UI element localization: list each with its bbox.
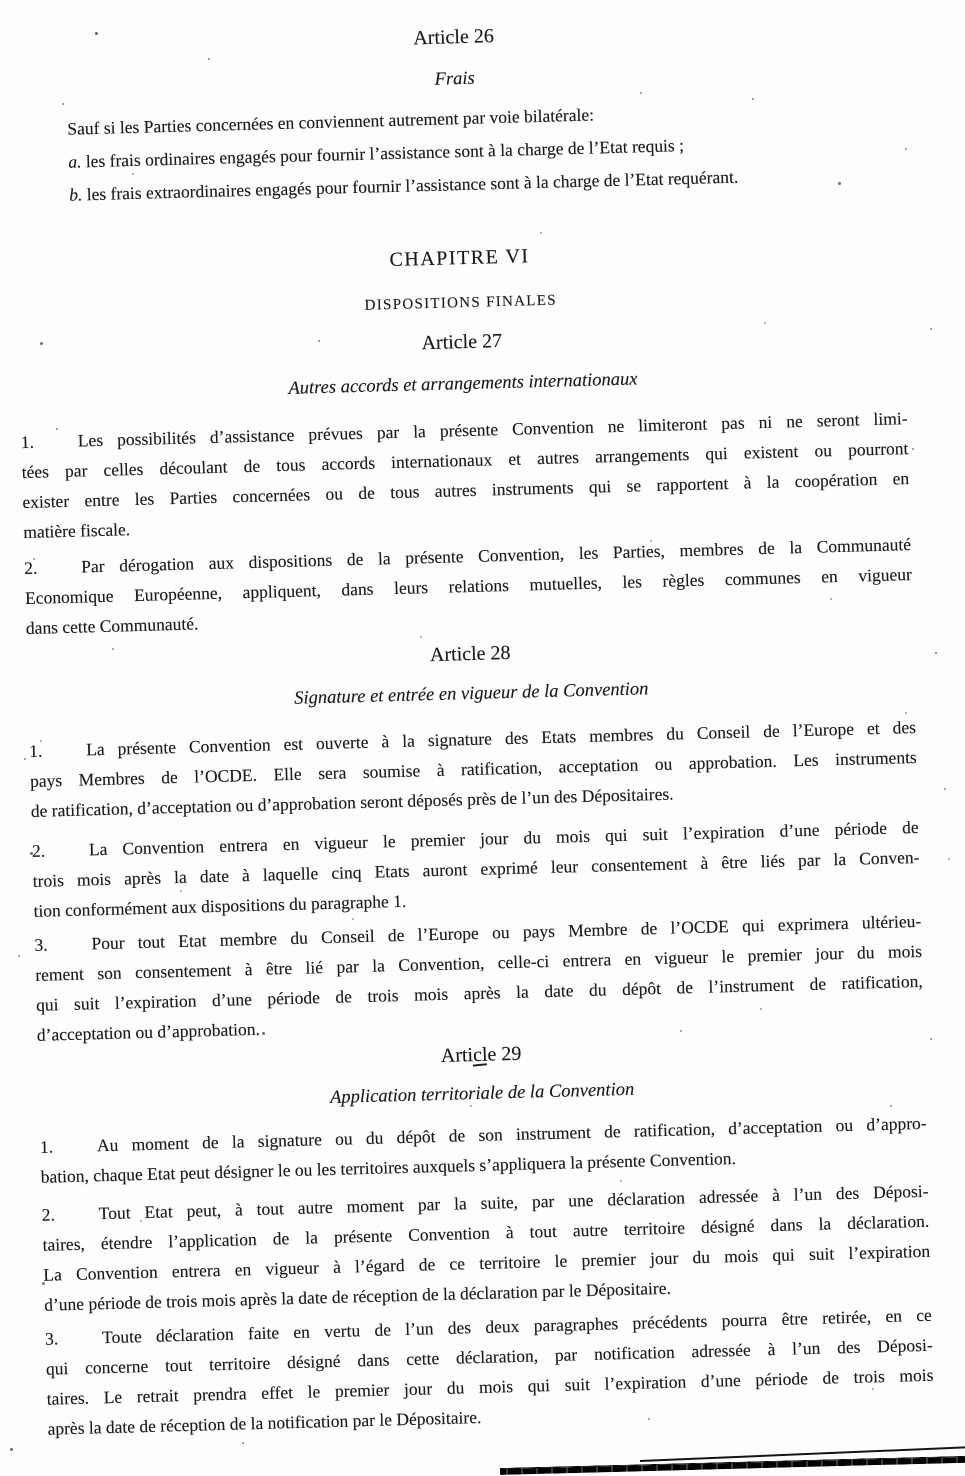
- paragraph: 2.Tout Etat peut, à tout autre moment pa…: [41, 1176, 931, 1320]
- paragraph: 3.Toute déclaration faite en vertu de l’…: [45, 1300, 935, 1444]
- scan-speck: [930, 1038, 932, 1040]
- paragraph-number: 1.: [29, 734, 87, 766]
- scan-speck: [30, 852, 33, 855]
- article-26-body: Sauf si les Parties concernées en convie…: [67, 90, 901, 211]
- scan-speck: [262, 1032, 265, 1035]
- scan-speck: [944, 788, 946, 790]
- scan-speck: [905, 712, 907, 714]
- chapter-heading: CHAPITRE VI: [16, 233, 903, 283]
- paragraph: 1.La présente Convention est ouverte à l…: [29, 712, 918, 826]
- item-label: b.: [69, 184, 83, 204]
- page-content: Article 26 Frais Sauf si les Parties con…: [9, 0, 934, 1444]
- scan-speck: [24, 758, 26, 760]
- article-27-subtitle: Autres accords et arrangements internati…: [19, 361, 906, 407]
- scan-speck: [140, 1220, 142, 1222]
- scan-speck: [680, 1030, 682, 1032]
- scan-speck: [760, 1008, 762, 1010]
- scan-speck: [650, 540, 652, 542]
- paragraph: 3.Pour tout Etat membre du Conseil de l’…: [34, 906, 924, 1050]
- scan-speck: [752, 98, 754, 100]
- paragraph-number: 2.: [32, 834, 90, 866]
- scan-speck: [18, 955, 20, 957]
- chapter-subheading: DISPOSITIONS FINALES: [17, 281, 904, 325]
- scan-speck: [95, 32, 98, 35]
- scan-speck: [208, 58, 210, 60]
- scan-artifact-page-edge: [500, 1456, 965, 1475]
- paragraph-number: 1.: [20, 426, 78, 458]
- scan-speck: [470, 1105, 472, 1107]
- document-page: Article 26 Frais Sauf si les Parties con…: [0, 0, 965, 1476]
- scan-speck: [648, 1418, 650, 1420]
- paragraph: 1.Les possibilités d’assistance prévues …: [20, 403, 910, 547]
- paragraph-number: 3.: [34, 928, 92, 960]
- scan-speck: [40, 740, 42, 742]
- scan-speck: [905, 148, 907, 150]
- scan-speck: [180, 890, 182, 892]
- scan-speck: [838, 182, 841, 185]
- scan-speck: [890, 1105, 892, 1107]
- scan-speck: [540, 232, 542, 234]
- article-29-subtitle: Application territoriale de la Conventio…: [39, 1071, 926, 1117]
- item-label: a.: [68, 151, 82, 171]
- paragraph-number: 3.: [45, 1322, 103, 1354]
- scan-speck: [352, 918, 354, 920]
- scan-speck: [912, 448, 914, 450]
- paragraph-number: 2.: [41, 1198, 99, 1230]
- scan-speck: [830, 598, 832, 600]
- scan-speck: [930, 328, 932, 330]
- scan-speck: [420, 636, 422, 638]
- scan-speck: [62, 103, 64, 105]
- paragraph-number: 1.: [40, 1130, 98, 1162]
- scan-speck: [935, 652, 937, 654]
- scan-speck: [42, 1282, 45, 1285]
- scan-speck: [132, 173, 134, 175]
- scan-speck: [40, 342, 43, 345]
- paragraph-number: 2.: [24, 551, 82, 583]
- scan-speck: [948, 858, 950, 860]
- article-27-heading: Article 27: [18, 317, 905, 367]
- scan-speck: [764, 322, 766, 324]
- scan-speck: [33, 558, 35, 560]
- scan-speck: [242, 1442, 244, 1444]
- scan-speck: [56, 428, 58, 430]
- scan-speck: [620, 1180, 622, 1182]
- article-26-heading: Article 26: [10, 12, 897, 62]
- scan-speck: [560, 770, 562, 772]
- scan-speck: [318, 340, 320, 342]
- scan-speck: [872, 1388, 874, 1390]
- scan-speck: [10, 1448, 13, 1451]
- scan-speck: [640, 92, 642, 94]
- article-28-subtitle: Signature et entrée en vigueur de la Con…: [28, 671, 915, 717]
- paragraph: 2.Par dérogation aux dispositions de la …: [24, 529, 913, 643]
- scan-speck: [910, 1250, 912, 1252]
- scan-speck: [112, 648, 114, 650]
- scan-mark: [473, 1063, 487, 1066]
